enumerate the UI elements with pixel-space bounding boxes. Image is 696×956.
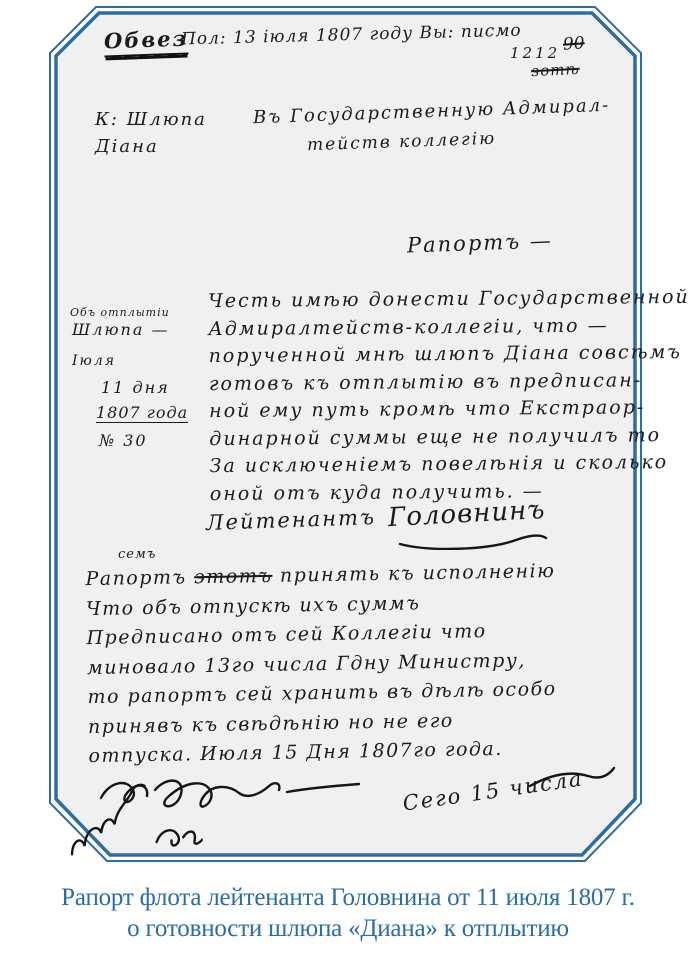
registry-mark: Обвез <box>104 26 189 58</box>
docket-flourish <box>528 766 618 792</box>
body-line: готовъ къ отплытію въ предписан- <box>209 366 691 398</box>
margin-subject-small: Объ отплытіи <box>70 306 170 319</box>
body-line: Честь имѣю донести Государственной <box>208 284 690 316</box>
caption-line2: о готовности шлюпа «Диана» к отплытию <box>0 913 696 944</box>
margin-month: Іюля <box>72 353 116 369</box>
scanned-document-page: Обвез Пол: 13 іюля 1807 году Вы: писмо 9… <box>0 0 696 956</box>
report-title: Рапортъ — <box>407 228 554 257</box>
margin-year: 1807 года <box>96 403 188 423</box>
body-line: Адмиралтейств-коллегіи, что — <box>208 311 690 343</box>
body-line: динарной суммы еще не получилъ то <box>209 421 691 453</box>
resolution-line1-struck: этотъ <box>194 565 273 588</box>
margin-day: 11 дня <box>101 378 170 397</box>
report-body: Честь имѣю донести Государственной Адмир… <box>208 284 691 508</box>
margin-subject: Шлюпа — <box>72 320 169 339</box>
caption-line1: Рапорт флота лейтенанта Головнина от 11 … <box>0 882 696 913</box>
resolution-block: Рапортъ этотъ принять къ исполненію Что … <box>85 557 558 772</box>
journal-scrawl <box>149 817 204 852</box>
resolution-line1-post: принять къ исполненію <box>272 560 555 587</box>
struck-word: зотѣ <box>531 60 581 81</box>
resolution-insert-word: семъ <box>118 547 156 562</box>
body-line: порученной мнѣ шлюпъ Діана совсѣмъ <box>209 339 691 371</box>
resolution-line1-pre: Рапортъ <box>85 566 194 590</box>
folio-number: 1212 <box>510 44 560 62</box>
margin-number: № 30 <box>99 431 148 450</box>
sender-line2: Діана <box>95 136 159 157</box>
body-line: За исключеніемъ повелѣнія и сколько <box>209 449 691 481</box>
sender-line1: К: Шлюпа <box>95 109 207 130</box>
caption: Рапорт флота лейтенанта Головнина от 11 … <box>0 882 696 944</box>
body-line: ной ему путь кромѣ что Екстраор- <box>209 394 691 426</box>
struck-number: 90 <box>562 33 585 54</box>
signature-underline-flourish <box>398 528 548 550</box>
